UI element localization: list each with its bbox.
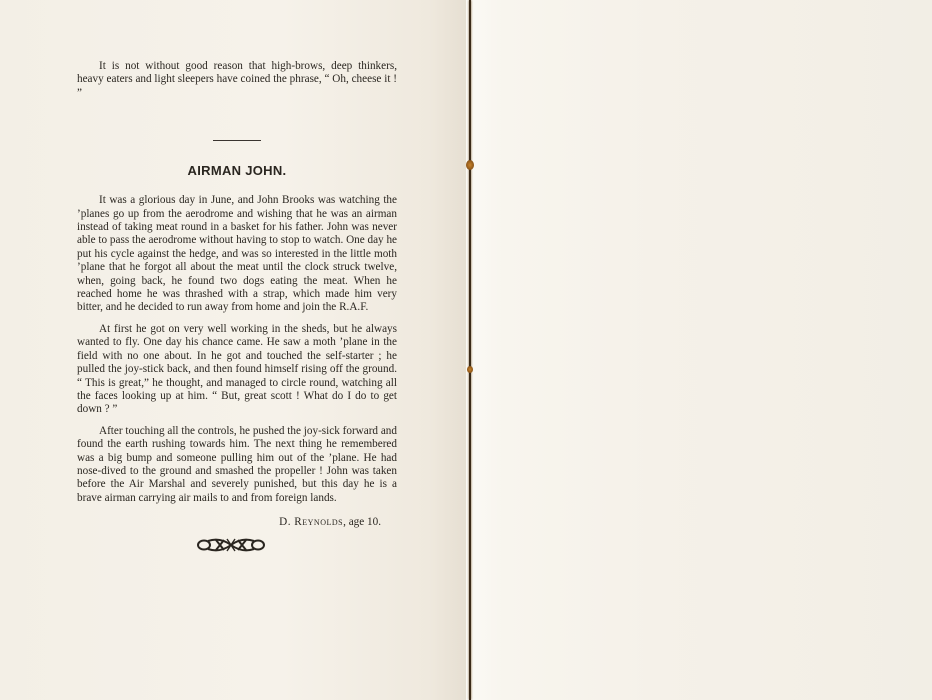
story-paragraph: After touching all the controls, he push… [77, 425, 397, 505]
staple-rust-stain [467, 366, 473, 373]
story-title: AIRMAN JOHN. [77, 163, 397, 178]
story-paragraph: At first he got on very well working in … [77, 323, 397, 417]
book-spine-fold [469, 0, 471, 700]
intro-paragraph: It is not without good reason that high-… [77, 60, 397, 100]
left-page: It is not without good reason that high-… [0, 0, 466, 700]
author-signature: D. Reynolds, age 10. [77, 516, 381, 528]
right-page: BRIEF HISTORY OF THE LEAGUE OF NATIONS. … [466, 0, 932, 700]
author-name: D. Reynolds [279, 516, 343, 528]
booklet-spread: It is not without good reason that high-… [0, 0, 932, 700]
author-age: , age 10. [343, 516, 381, 528]
story-paragraph: It was a glorious day in June, and John … [77, 194, 397, 315]
left-page-text: It is not without good reason that high-… [77, 60, 397, 528]
celtic-knot-ornament-icon [196, 535, 266, 555]
section-divider-rule [213, 140, 261, 141]
staple-rust-stain [466, 160, 474, 170]
